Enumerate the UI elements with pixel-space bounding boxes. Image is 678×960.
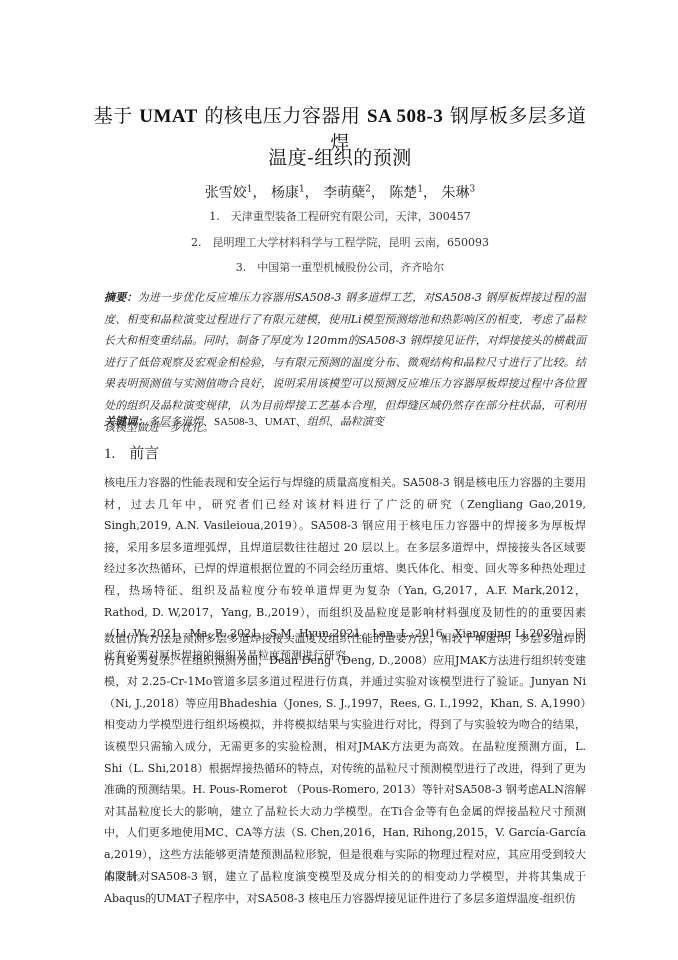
affiliation-2: 2. 昆明理工大学材料科学与工程学院，昆明 云南，650093 — [90, 234, 590, 250]
author-affiliation-mark: 1 — [299, 184, 305, 194]
keyword-separator: 、 — [296, 416, 307, 428]
keyword: SA508-3 — [214, 416, 254, 428]
abstract-label: 摘要： — [104, 291, 138, 304]
paper-page: 基于 UMAT 的核电压力容器用 SA 508-3 钢厚板多层多道焊 温度-组织… — [0, 0, 678, 960]
keyword: 组织 — [307, 415, 329, 428]
author-affiliation-mark: 1 — [417, 184, 423, 194]
keywords-label: 关键词： — [104, 415, 148, 428]
author-affiliation-mark: 3 — [470, 184, 476, 194]
section-number: 1. — [104, 446, 115, 462]
author-name: 张雪姣 — [205, 185, 247, 201]
author-name: 李萌蘖 — [323, 185, 365, 201]
keyword-separator: 、 — [203, 416, 214, 428]
author-affiliation-mark: 2 — [365, 184, 371, 194]
keyword: 多层多道焊 — [148, 415, 203, 428]
author-name: 陈楚 — [389, 185, 417, 201]
keyword-separator: 、 — [329, 416, 340, 428]
author-list: 张雪姣1， 杨康1， 李萌蘖2， 陈楚1， 朱琳3 — [90, 182, 590, 202]
paper-title-line2: 温度-组织的预测 — [90, 143, 590, 170]
title-part: SA 508-3 — [367, 106, 443, 127]
keyword: UMAT — [265, 416, 296, 428]
author-name: 朱琳 — [442, 185, 470, 201]
section-title: 前言 — [129, 444, 159, 462]
section-heading-introduction: 1.前言 — [104, 442, 159, 463]
title-part: UMAT — [139, 106, 198, 127]
keywords: 关键词：多层多道焊、SA508-3、UMAT、组织、晶粒演变 — [104, 411, 586, 434]
author-affiliation-mark: 1 — [247, 184, 253, 194]
affiliation-3: 3. 中国第一重型机械股份公司，齐齐哈尔 — [90, 259, 590, 275]
keyword-separator: 、 — [254, 416, 265, 428]
title-part: 基于 — [94, 105, 140, 127]
keyword: 晶粒演变 — [340, 415, 384, 428]
author-name: 杨康 — [271, 185, 299, 201]
title-part: 的核电压力容器用 — [198, 105, 367, 127]
affiliation-1: 1. 天津重型装备工程研究有限公司，天津，300457 — [90, 208, 590, 224]
body-paragraph-3: 本文针对SA508-3 钢，建立了晶粒度演变模型及成分相关的的相变动力学模型，并… — [104, 866, 586, 909]
body-paragraph-2: 数值仿真方法是预测多层多道焊接接头温度及组织性能的重要方法，相较于单道焊，多层多… — [104, 628, 586, 887]
